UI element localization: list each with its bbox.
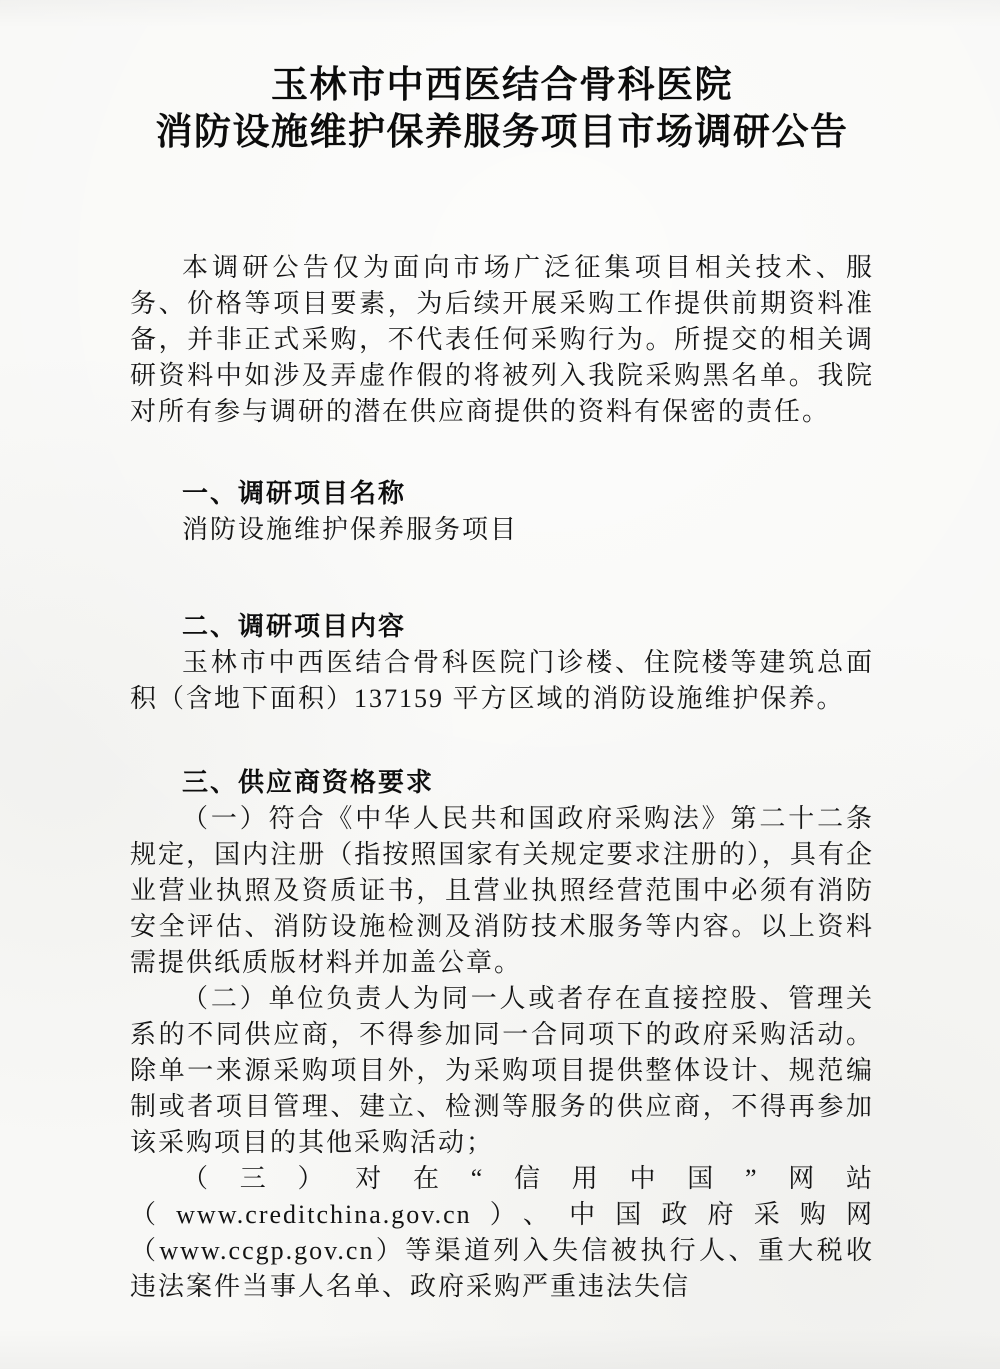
section-1-heading: 一、调研项目名称 [130,475,874,512]
document-page: 玉林市中西医结合骨科医院 消防设施维护保养服务项目市场调研公告 本调研公告仅为面… [0,0,1000,1369]
title-line-1: 玉林市中西医结合骨科医院 [130,62,874,109]
document-title: 玉林市中西医结合骨科医院 消防设施维护保养服务项目市场调研公告 [130,62,874,156]
intro-paragraph: 本调研公告仅为面向市场广泛征集项目相关技术、服务、价格等项目要素，为后续开展采购… [130,250,874,430]
section-2-heading: 二、调研项目内容 [130,608,874,645]
section-3-heading: 三、供应商资格要求 [130,764,874,801]
section-3-paragraph-3: （三）对在“信用中国”网站（www.creditchina.gov.cn）、中国… [130,1161,874,1305]
title-line-2: 消防设施维护保养服务项目市场调研公告 [130,109,874,156]
section-2-paragraph-1: 玉林市中西医结合骨科医院门诊楼、住院楼等建筑总面积（含地下面积）137159 平… [130,645,874,717]
section-1-paragraph-1: 消防设施维护保养服务项目 [130,512,874,548]
section-3-paragraph-2: （二）单位负责人为同一人或者存在直接控股、管理关系的不同供应商，不得参加同一合同… [130,981,874,1161]
section-3-paragraph-1: （一）符合《中华人民共和国政府采购法》第二十二条规定，国内注册（指按照国家有关规… [130,801,874,981]
